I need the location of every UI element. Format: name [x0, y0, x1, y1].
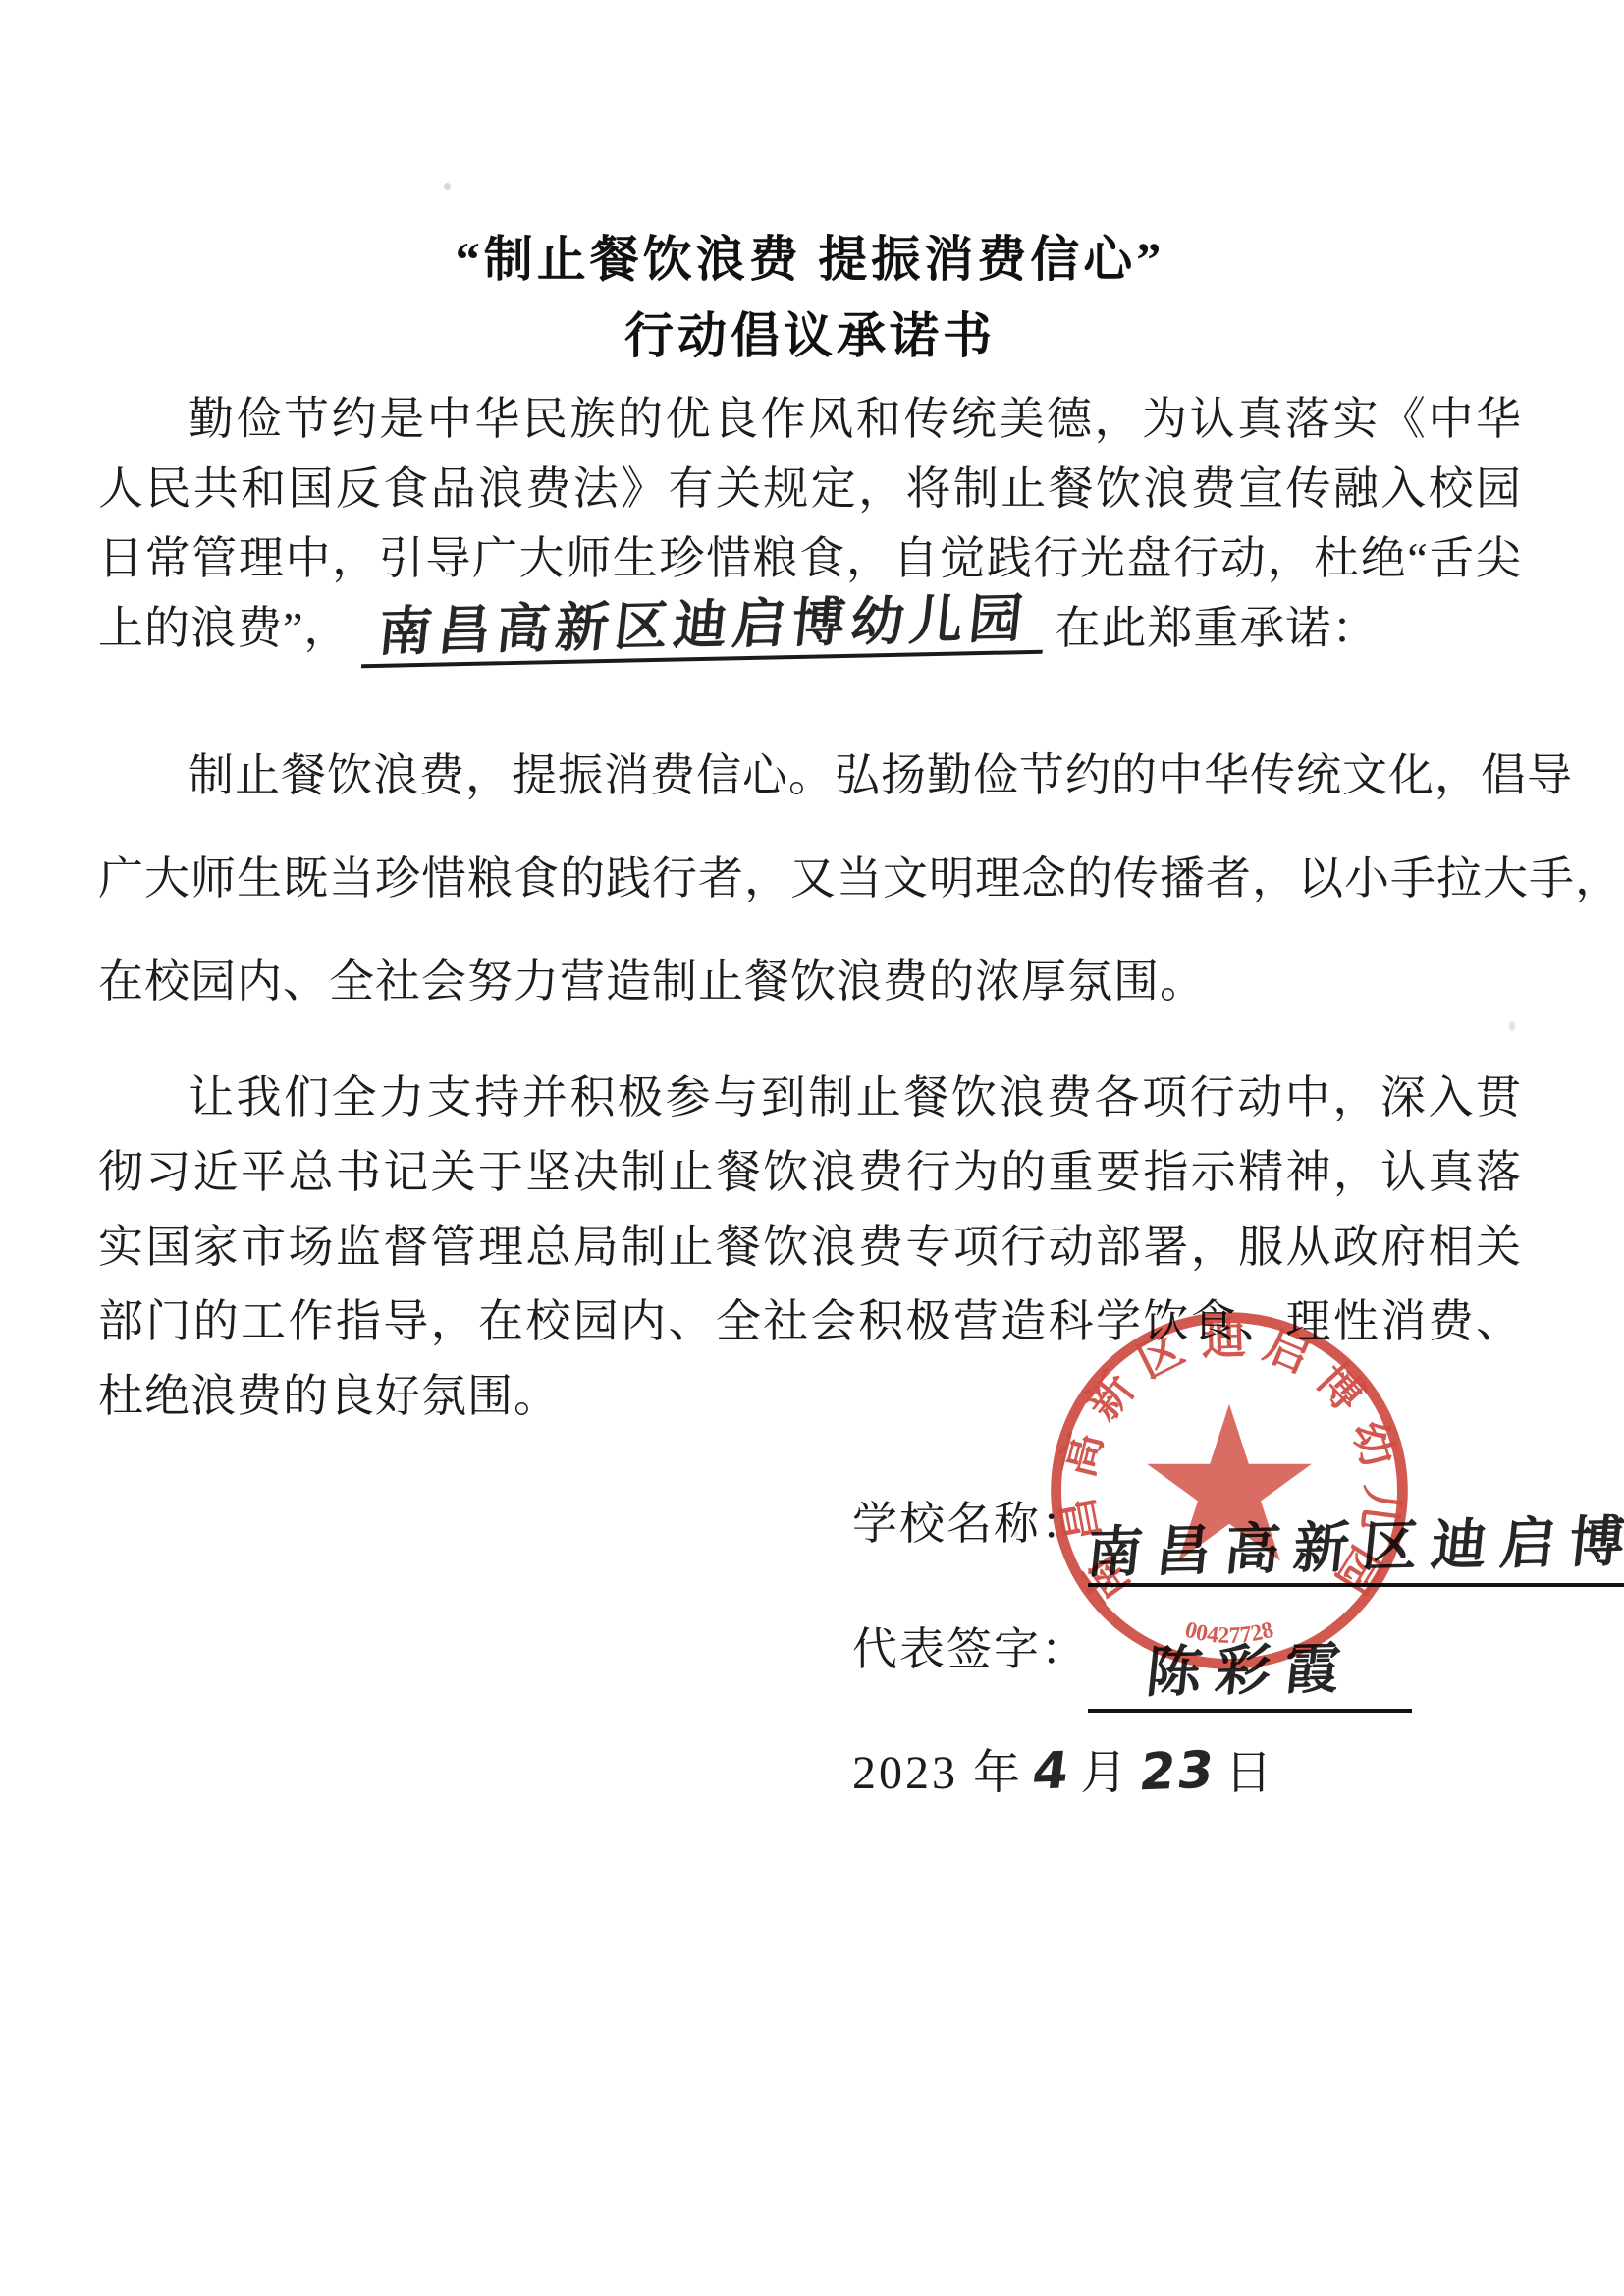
body-line: 人民共和国反食品浪费法》有关规定，将制止餐饮浪费宣传融入校园 [98, 454, 1522, 523]
date-day-text: 日 [1225, 1747, 1275, 1799]
body-line: 实国家市场监督管理总局制止餐饮浪费专项行动部署，服从政府相关 [98, 1210, 1522, 1285]
body-line: 勤俭节约是中华民族的优良作风和传统美德，为认真落实《中华 [98, 384, 1522, 454]
body-line: 日常管理中，引导广大师生珍惜粮食，自觉践行光盘行动，杜绝“舌尖 [98, 523, 1522, 593]
representative-label: 代表签字： [852, 1624, 1088, 1674]
handwritten-month-number: 4 [1026, 1712, 1078, 1831]
document-header: “制止餐饮浪费 提振消费信心” 行动倡议承诺书 [98, 221, 1522, 374]
signature-block: 学校名称：南昌高新区迪启博 幼儿园 代表签字：陈彩霞 2023 年4月23日 [852, 1461, 1522, 1832]
body-line: 在校园内、全社会努力营造制止餐饮浪费的浓厚氛围。 [98, 930, 1522, 1033]
scan-speck [444, 183, 451, 190]
doc-title-line1: “制止餐饮浪费 提振消费信心” [98, 221, 1522, 298]
handwritten-representative-name: 陈彩霞 [1143, 1635, 1357, 1708]
school-name-row: 学校名称：南昌高新区迪启博 幼儿园 [852, 1461, 1522, 1587]
school-name-label: 学校名称： [852, 1499, 1088, 1549]
doc-title-line2: 行动倡议承诺书 [98, 298, 1522, 374]
paragraph-commitment-1: 制止餐饮浪费，提振消费信心。弘扬勤俭节约的中华传统文化，倡导 广大师生既当珍惜粮… [98, 724, 1522, 1033]
date-year-text: 2023 年 [852, 1747, 1023, 1799]
paragraph-commitment-2: 让我们全力支持并积极参与到制止餐饮浪费各项行动中，深入贯 彻习近平总书记关于坚决… [98, 1061, 1522, 1434]
body-line: 彻习近平总书记关于坚决制止餐饮浪费行为的重要指示精神，认真落 [98, 1135, 1522, 1210]
body-line: 广大师生既当珍惜粮食的践行者，又当文明理念的传播者，以小手拉大手， [98, 827, 1522, 930]
body-line: 让我们全力支持并积极参与到制止餐饮浪费各项行动中，深入贯 [98, 1061, 1522, 1135]
body-line: 杜绝浪费的良好氛围。 [98, 1359, 1522, 1434]
representative-signature-row: 代表签字：陈彩霞 [852, 1587, 1522, 1713]
body-line: 部门的工作指导，在校园内、全社会积极营造科学饮食、理性消费、 [98, 1285, 1522, 1359]
handwritten-day-number: 23 [1133, 1712, 1223, 1832]
scan-speck [1509, 1021, 1515, 1031]
date-month-text: 月 [1080, 1747, 1130, 1799]
body-text: 上的浪费”， [98, 603, 350, 653]
handwritten-school-name-value: 南昌高新区迪启博 幼儿园 [1083, 1503, 1624, 1589]
date-row: 2023 年4月23日 [852, 1713, 1522, 1832]
paragraph-opening: 勤俭节约是中华民族的优良作风和传统美德，为认真落实《中华 人民共和国反食品浪费法… [98, 384, 1522, 663]
handwritten-school-name: 南昌高新区迪启博幼儿园 [361, 589, 1049, 668]
body-line-with-signature: 上的浪费”，南昌高新区迪启博幼儿园在此郑重承诺： [98, 593, 1522, 663]
representative-signature-field: 陈彩霞 [1088, 1637, 1412, 1713]
body-text: 在此郑重承诺： [1055, 603, 1378, 653]
school-name-field: 南昌高新区迪启博 幼儿园 [1088, 1511, 1624, 1587]
body-line: 制止餐饮浪费，提振消费信心。弘扬勤俭节约的中华传统文化，倡导 [98, 724, 1522, 827]
scan-speck [1013, 1532, 1018, 1537]
document-page: “制止餐饮浪费 提振消费信心” 行动倡议承诺书 勤俭节约是中华民族的优良作风和传… [0, 0, 1624, 2296]
